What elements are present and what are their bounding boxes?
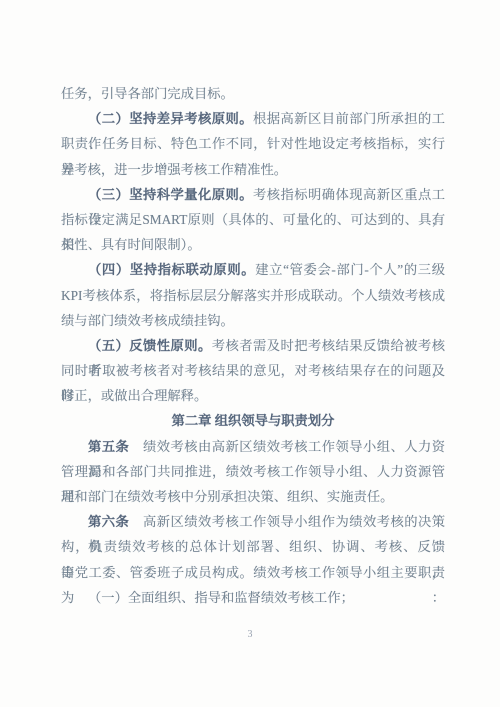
- doc-line: 任务，引导各部门完成目标。: [61, 81, 445, 106]
- line-text: （一）全面组织、指导和监督绩效考核工作；: [88, 590, 354, 605]
- doc-line: 异考核，进一步增强考核工作精准性。: [61, 157, 445, 182]
- doc-line: 局和部门在绩效考核中分别承担决策、组织、实施责任。: [61, 484, 445, 509]
- doc-line: 第六条 高新区绩效考核工作领导小组作为绩效考核的决策机: [61, 509, 445, 534]
- line-emphasis: （四）坚持指标联动原则。: [88, 262, 255, 277]
- doc-line: 职责、任务目标、特色工作不同，针对性地设定考核指标，实行差: [61, 131, 445, 156]
- line-text: KPI考核体系，将指标层层分解落实并形成联动。个人绩效考核成: [61, 288, 445, 303]
- doc-line: 绩与部门绩效考核成绩挂钩。: [61, 308, 445, 333]
- line-emphasis: （三）坚持科学量化原则。: [88, 187, 253, 202]
- chapter-heading-text: 第二章 组织领导与职责划分: [172, 413, 335, 428]
- line-text: 关性、具有时间限制）。: [61, 237, 201, 252]
- line-emphasis: 第六条: [88, 514, 129, 529]
- line-emphasis: （五）反馈性原则。: [88, 338, 212, 353]
- doc-line: （二）坚持差异考核原则。根据高新区目前部门所承担的工作: [61, 106, 445, 131]
- line-text: 任务，引导各部门完成目标。: [61, 86, 234, 101]
- document-text-block: 任务，引导各部门完成目标。 （二）坚持差异考核原则。根据高新区目前部门所承担的工…: [61, 81, 445, 610]
- doc-line: （四）坚持指标联动原则。建立“管委会-部门-个人”的三级: [61, 257, 445, 282]
- chapter-heading: 第二章 组织领导与职责划分: [61, 408, 445, 433]
- line-text: 修正，或做出合理解释。: [61, 388, 207, 403]
- document-page: 任务，引导各部门完成目标。 （二）坚持差异考核原则。根据高新区目前部门所承担的工…: [0, 0, 500, 707]
- doc-line: 指标设定满足SMART原则（具体的、可量化的、可达到的、具有相: [61, 207, 445, 232]
- doc-line: 第五条 绩效考核由高新区绩效考核工作领导小组、人力资源: [61, 434, 445, 459]
- doc-line: 关性、具有时间限制）。: [61, 232, 445, 257]
- doc-line: 同时听取被考核者对考核结果的意见，对考核结果存在的问题及时: [61, 358, 445, 383]
- doc-line: （三）坚持科学量化原则。考核指标明确体现高新区重点工作，: [61, 182, 445, 207]
- doc-line: （五）反馈性原则。考核者需及时把考核结果反馈给被考核者，: [61, 333, 445, 358]
- line-text: 异考核，进一步增强考核工作精准性。: [61, 162, 287, 177]
- line-emphasis: 第五条: [88, 439, 129, 454]
- doc-line: 构，负责绩效考核的总体计划部署、组织、协调、考核、反馈等，: [61, 534, 445, 559]
- line-emphasis: （二）坚持差异考核原则。: [88, 111, 253, 126]
- line-text: 局和部门在绩效考核中分别承担决策、组织、实施责任。: [61, 489, 393, 504]
- doc-line: 由党工委、管委班子成员构成。绩效考核工作领导小组主要职责为：: [61, 560, 445, 585]
- doc-line: KPI考核体系，将指标层层分解落实并形成联动。个人绩效考核成: [61, 283, 445, 308]
- line-text: 建立“管委会-部门-个人”的三级: [255, 262, 445, 277]
- doc-line: 管理局和各部门共同推进，绩效考核工作领导小组、人力资源管理: [61, 459, 445, 484]
- doc-line: 修正，或做出合理解释。: [61, 383, 445, 408]
- page-number: 3: [0, 629, 500, 640]
- line-text: 绩与部门绩效考核成绩挂钩。: [61, 313, 234, 328]
